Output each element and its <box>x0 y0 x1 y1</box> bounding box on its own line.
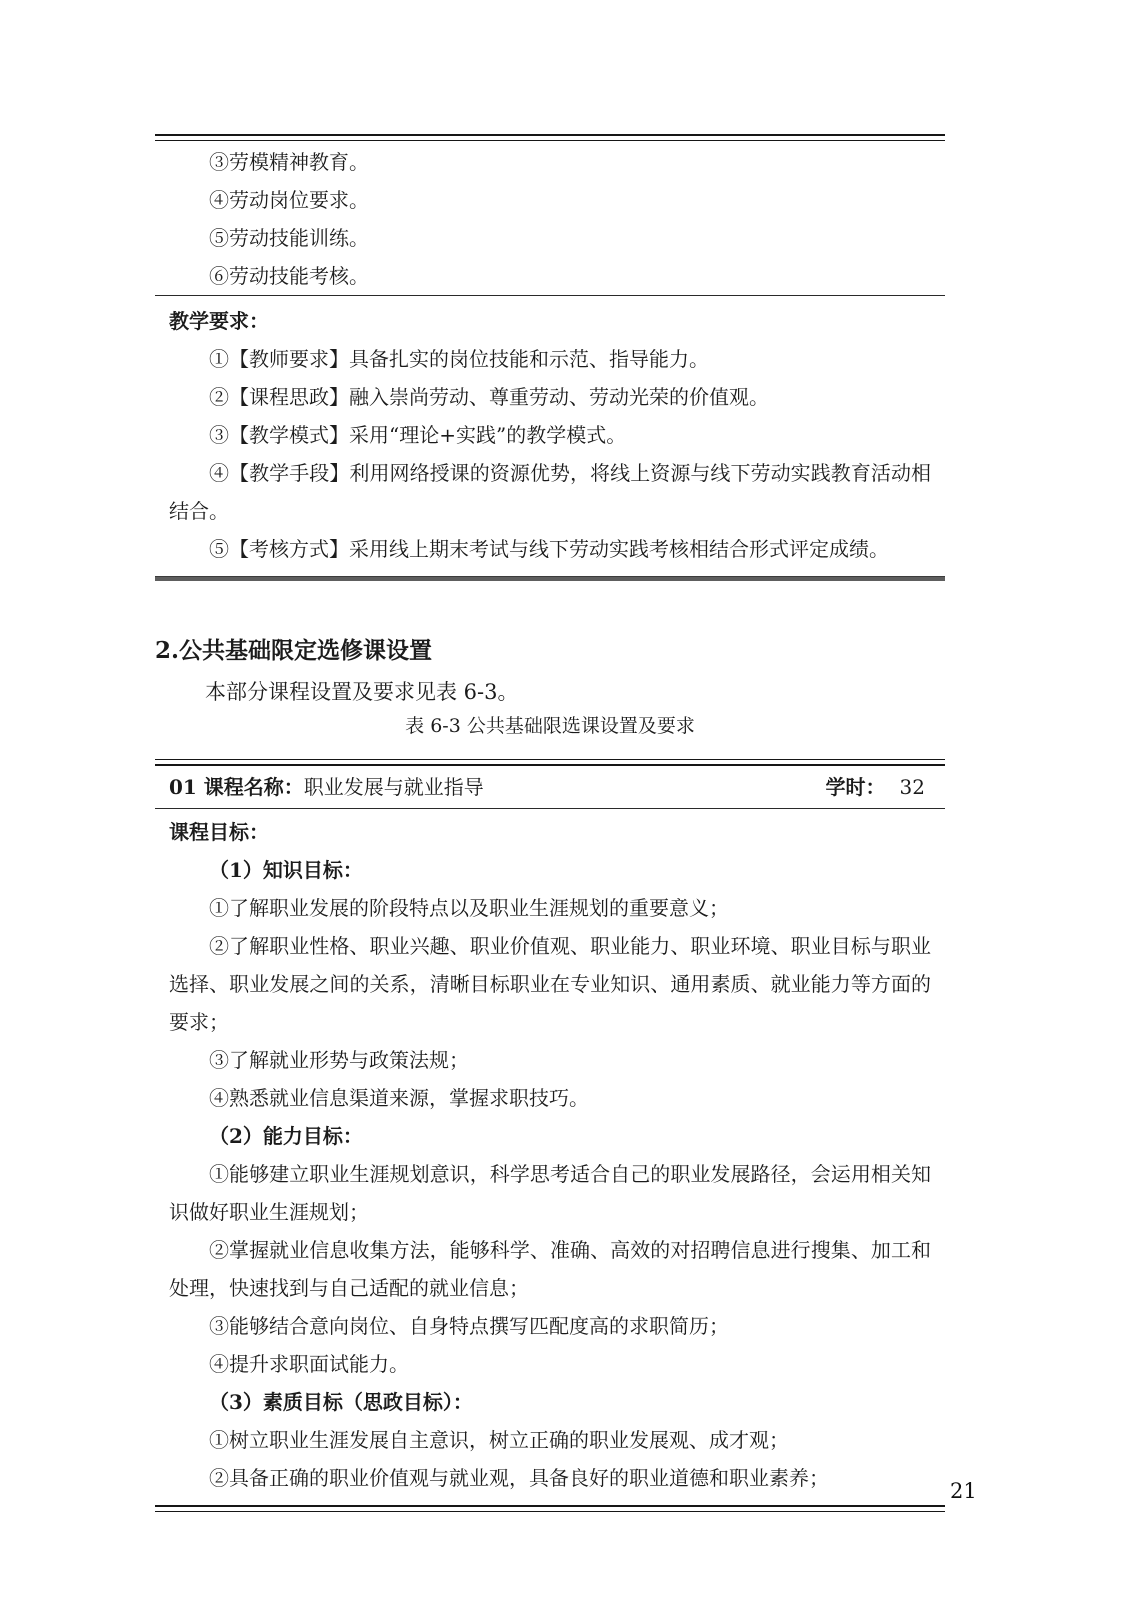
ability-objective-item: ①能够建立职业生涯规划意识，科学思考适合自己的职业发展路径，会运用相关知识做好职… <box>169 1155 931 1231</box>
knowledge-objective-item: ④熟悉就业信息渠道来源，掌握求职技巧。 <box>169 1079 931 1117</box>
knowledge-objective-item: ①了解职业发展的阶段特点以及职业生涯规划的重要意义； <box>169 889 931 927</box>
teaching-requirements-label: 教学要求： <box>169 302 931 340</box>
ability-objective-item: ④提升求职面试能力。 <box>169 1345 931 1383</box>
course-title: 01 课程名称：职业发展与就业指导 <box>169 772 484 802</box>
table-top-double-rule <box>155 759 945 766</box>
knowledge-objective-item: ②了解职业性格、职业兴趣、职业价值观、职业能力、职业环境、职业目标与职业选择、职… <box>169 927 931 1041</box>
course-header-row: 01 课程名称：职业发展与就业指导 学时： 32 <box>155 766 945 808</box>
requirement-item: ①【教师要求】具备扎实的岗位技能和示范、指导能力。 <box>169 340 931 378</box>
teaching-requirements-cell: 教学要求： ①【教师要求】具备扎实的岗位技能和示范、指导能力。 ②【课程思政】融… <box>155 296 945 576</box>
course-name: 职业发展与就业指导 <box>304 775 484 799</box>
knowledge-objective-item: ③了解就业形势与政策法规； <box>169 1041 931 1079</box>
quality-objective-item: ②具备正确的职业价值观与就业观，具备良好的职业道德和职业素养； <box>169 1459 931 1497</box>
hours-label: 学时： <box>826 772 886 802</box>
requirement-item: ③【教学模式】采用“理论+实践”的教学模式。 <box>169 416 931 454</box>
section-heading: 2.公共基础限定选修课设置 <box>155 635 945 667</box>
labor-content-item: ⑥劳动技能考核。 <box>169 257 931 295</box>
labor-content-item: ⑤劳动技能训练。 <box>169 219 931 257</box>
course-hours: 学时： 32 <box>826 772 931 802</box>
requirement-item: ②【课程思政】融入崇尚劳动、尊重劳动、劳动光荣的价值观。 <box>169 378 931 416</box>
labor-content-item: ③劳模精神教育。 <box>169 143 931 181</box>
course-code-label: 01 课程名称： <box>169 775 304 799</box>
hours-value: 32 <box>900 772 925 802</box>
labor-content-item: ④劳动岗位要求。 <box>169 181 931 219</box>
table-top-double-rule <box>155 134 945 141</box>
course-objectives-cell: 课程目标： （1）知识目标： ①了解职业发展的阶段特点以及职业生涯规划的重要意义… <box>155 809 945 1505</box>
course-table: 01 课程名称：职业发展与就业指导 学时： 32 课程目标： （1）知识目标： … <box>155 759 945 1512</box>
page-number: 21 <box>950 1479 977 1503</box>
ability-objective-item: ③能够结合意向岗位、自身特点撰写匹配度高的求职简历； <box>169 1307 931 1345</box>
ability-objective-item: ②掌握就业信息收集方法，能够科学、准确、高效的对招聘信息进行搜集、加工和处理，快… <box>169 1231 931 1307</box>
labor-content-items-cell: ③劳模精神教育。 ④劳动岗位要求。 ⑤劳动技能训练。 ⑥劳动技能考核。 <box>155 141 945 295</box>
table-bottom-double-rule <box>155 1505 945 1512</box>
table-bottom-thick-rule <box>155 576 945 581</box>
objectives-label: 课程目标： <box>169 813 931 851</box>
requirement-item: ⑤【考核方式】采用线上期末考试与线下劳动实践考核相结合形式评定成绩。 <box>169 530 931 568</box>
intro-paragraph: 本部分课程设置及要求见表 6-3。 <box>155 675 945 709</box>
table-caption: 表 6-3 公共基础限选课设置及要求 <box>155 713 945 739</box>
quality-objectives-title: （3）素质目标（思政目标）： <box>169 1383 931 1421</box>
continuation-table: ③劳模精神教育。 ④劳动岗位要求。 ⑤劳动技能训练。 ⑥劳动技能考核。 教学要求… <box>155 134 945 581</box>
knowledge-objectives-title: （1）知识目标： <box>169 851 931 889</box>
ability-objectives-title: （2）能力目标： <box>169 1117 931 1155</box>
document-content: ③劳模精神教育。 ④劳动岗位要求。 ⑤劳动技能训练。 ⑥劳动技能考核。 教学要求… <box>155 134 945 1512</box>
requirement-item: ④【教学手段】利用网络授课的资源优势，将线上资源与线下劳动实践教育活动相结合。 <box>169 454 931 530</box>
quality-objective-item: ①树立职业生涯发展自主意识，树立正确的职业发展观、成才观； <box>169 1421 931 1459</box>
